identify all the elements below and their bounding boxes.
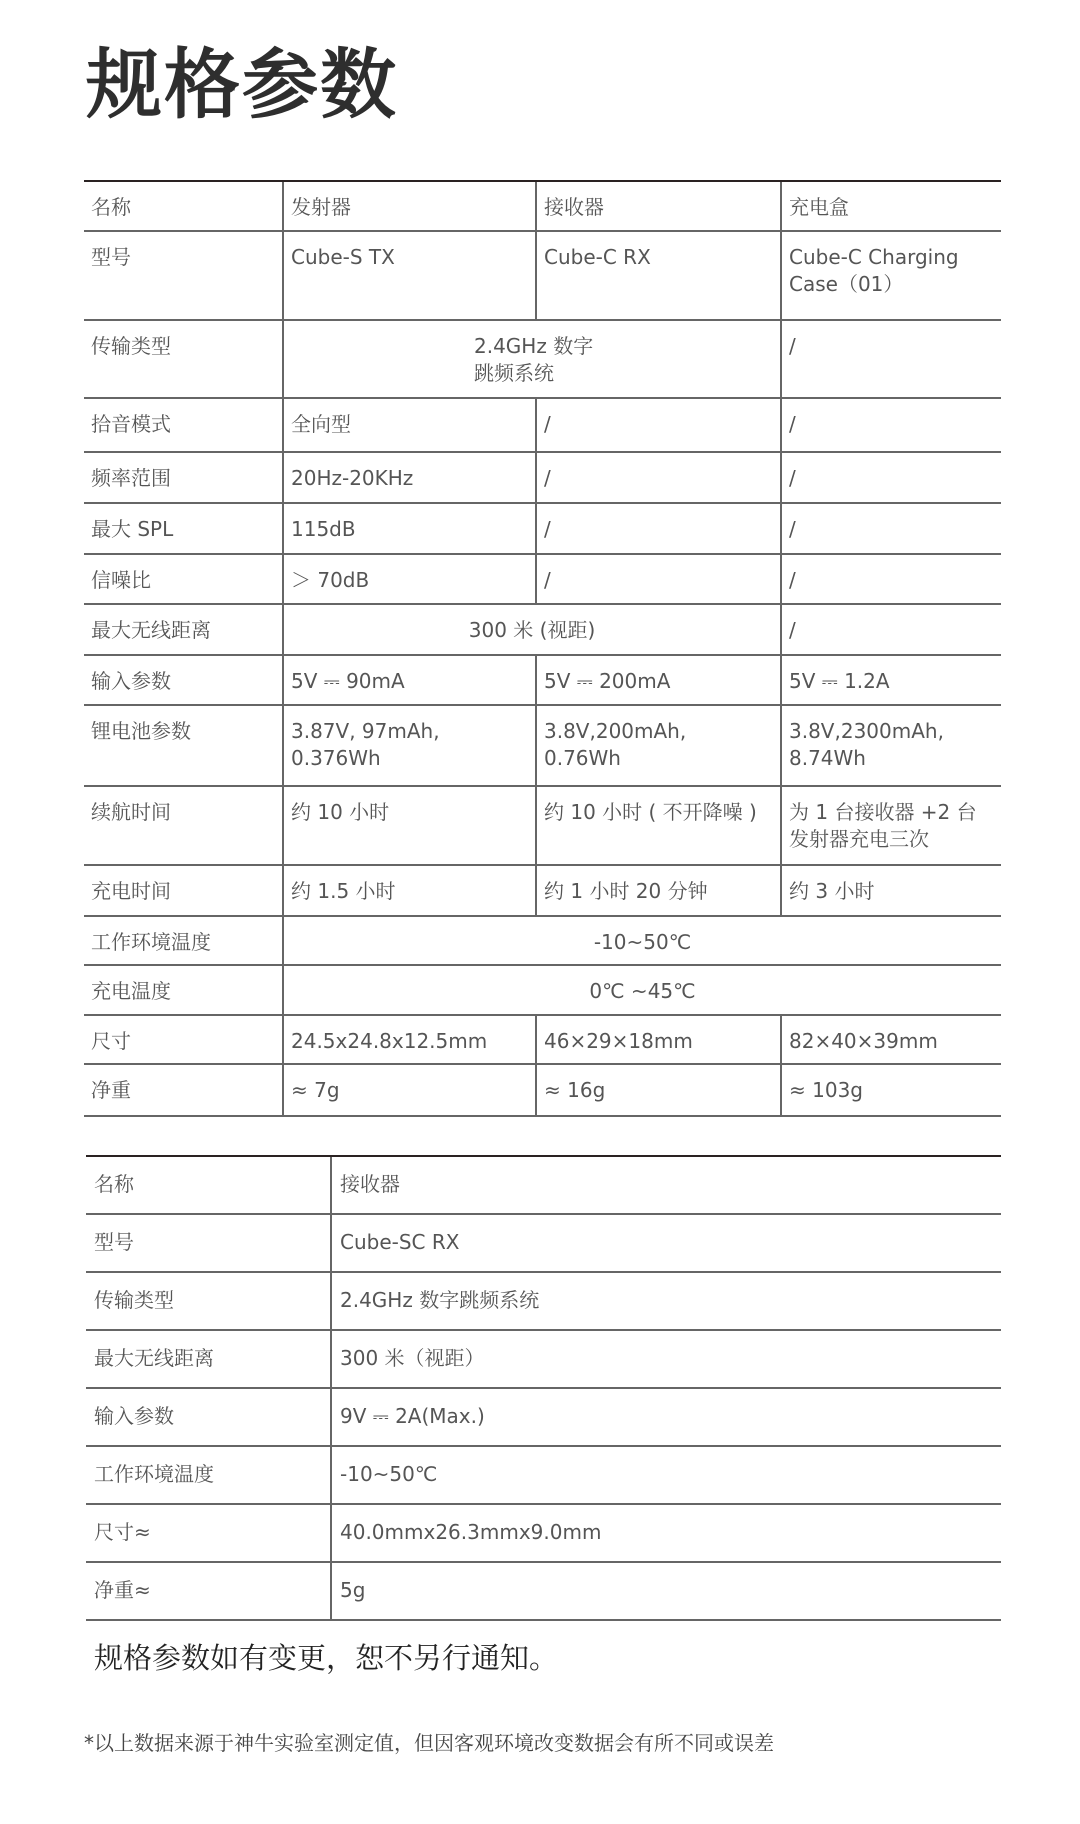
table-row: 工作环境温度-10~50℃ — [86, 1446, 1001, 1504]
cell-line: Case（01） — [789, 271, 994, 298]
table-row-weight: 净重 ≈ 7g ≈ 16g ≈ 103g — [84, 1064, 1001, 1116]
table-row-input: 输入参数 5V ⎓ 90mA 5V ⎓ 200mA 5V ⎓ 1.2A — [84, 655, 1001, 705]
table-row-pickup: 拾音模式 全向型 / / — [84, 398, 1001, 452]
cell-rx: 3.8V,200mAh,0.76Wh — [536, 705, 781, 786]
cell-tx: Cube-S TX — [283, 231, 536, 320]
table-row-size: 尺寸 24.5x24.8x12.5mm 46×29×18mm 82×40×39m… — [84, 1015, 1001, 1064]
header-charging-case: 充电盒 — [781, 181, 1001, 231]
row-label: 最大无线距离 — [86, 1330, 331, 1388]
row-label: 输入参数 — [84, 655, 283, 705]
row-label: 名称 — [86, 1156, 331, 1214]
cell-rx: / — [536, 503, 781, 554]
cell-tx: 约 10 小时 — [283, 786, 536, 865]
cell-rx: / — [536, 554, 781, 604]
table-row: 型号Cube-SC RX — [86, 1214, 1001, 1272]
row-label: 型号 — [84, 231, 283, 320]
row-value: 9V ⎓ 2A(Max.) — [331, 1388, 1001, 1446]
table-row-model: 型号 Cube-S TX Cube-C RX Cube-C ChargingCa… — [84, 231, 1001, 320]
row-value: Cube-SC RX — [331, 1214, 1001, 1272]
cell-all: -10~50℃ — [283, 916, 1001, 965]
cell-case: 3.8V,2300mAh,8.74Wh — [781, 705, 1001, 786]
row-label: 续航时间 — [84, 786, 283, 865]
cell-case: / — [781, 503, 1001, 554]
table-row-transmission: 传输类型 2.4GHz 数字跳频系统 / — [84, 320, 1001, 398]
cell-tx: 3.87V, 97mAh,0.376Wh — [283, 705, 536, 786]
cell-tx: 24.5x24.8x12.5mm — [283, 1015, 536, 1064]
table-row-spl: 最大 SPL 115dB / / — [84, 503, 1001, 554]
row-label: 充电时间 — [84, 865, 283, 916]
cell-tx: ＞ 70dB — [283, 554, 536, 604]
row-value: -10~50℃ — [331, 1446, 1001, 1504]
cell-line: 发射器充电三次 — [789, 826, 994, 853]
table-row: 传输类型2.4GHz 数字跳频系统 — [86, 1272, 1001, 1330]
row-value: 40.0mmx26.3mmx9.0mm — [331, 1504, 1001, 1562]
row-label: 传输类型 — [84, 320, 283, 398]
row-label: 净重 — [84, 1064, 283, 1116]
page-title: 规格参数 — [86, 40, 398, 130]
row-label: 信噪比 — [84, 554, 283, 604]
header-name: 名称 — [84, 181, 283, 231]
cell-case: / — [781, 554, 1001, 604]
cell-tx: 5V ⎓ 90mA — [283, 655, 536, 705]
table-row: 名称接收器 — [86, 1156, 1001, 1214]
header-transmitter: 发射器 — [283, 181, 536, 231]
cell-case: ≈ 103g — [781, 1064, 1001, 1116]
cell-all: 0℃ ~45℃ — [283, 965, 1001, 1015]
table-row-freq: 频率范围 20Hz-20KHz / / — [84, 452, 1001, 503]
cell-rx: Cube-C RX — [536, 231, 781, 320]
cell-case: 为 1 台接收器 +2 台发射器充电三次 — [781, 786, 1001, 865]
row-label: 频率范围 — [84, 452, 283, 503]
cell-case: / — [781, 320, 1001, 398]
row-label: 输入参数 — [86, 1388, 331, 1446]
spec-table-main: 名称 发射器 接收器 充电盒 型号 Cube-S TX Cube-C RX Cu… — [84, 180, 1001, 1117]
row-label: 拾音模式 — [84, 398, 283, 452]
row-label: 尺寸 — [84, 1015, 283, 1064]
change-notice: 规格参数如有变更，恕不另行通知。 — [94, 1636, 558, 1680]
cell-line: 3.8V,2300mAh, — [789, 718, 994, 745]
cell-line: 8.74Wh — [789, 745, 994, 772]
table-row: 输入参数9V ⎓ 2A(Max.) — [86, 1388, 1001, 1446]
row-label: 最大 SPL — [84, 503, 283, 554]
cell-tx: 115dB — [283, 503, 536, 554]
table-row-runtime: 续航时间 约 10 小时 约 10 小时 ( 不开降噪 ) 为 1 台接收器 +… — [84, 786, 1001, 865]
cell-rx: / — [536, 452, 781, 503]
cell-tx: 约 1.5 小时 — [283, 865, 536, 916]
table-row-op-temp: 工作环境温度 -10~50℃ — [84, 916, 1001, 965]
table-row-snr: 信噪比 ＞ 70dB / / — [84, 554, 1001, 604]
row-label: 工作环境温度 — [86, 1446, 331, 1504]
row-value: 5g — [331, 1562, 1001, 1620]
row-value: 接收器 — [331, 1156, 1001, 1214]
table-row-charge-time: 充电时间 约 1.5 小时 约 1 小时 20 分钟 约 3 小时 — [84, 865, 1001, 916]
table-row-range: 最大无线距离 300 米 (视距) / — [84, 604, 1001, 655]
cell-rx: ≈ 16g — [536, 1064, 781, 1116]
row-label: 锂电池参数 — [84, 705, 283, 786]
cell-rx: 约 10 小时 ( 不开降噪 ) — [536, 786, 781, 865]
table-row-battery: 锂电池参数 3.87V, 97mAh,0.376Wh 3.8V,200mAh,0… — [84, 705, 1001, 786]
table-row: 尺寸≈40.0mmx26.3mmx9.0mm — [86, 1504, 1001, 1562]
footnote: *以上数据来源于神牛实验室测定值，但因客观环境改变数据会有所不同或误差 — [84, 1728, 774, 1758]
cell-line: 0.76Wh — [544, 745, 773, 772]
cell-tx: 全向型 — [283, 398, 536, 452]
table-row: 最大无线距离300 米（视距） — [86, 1330, 1001, 1388]
row-label: 工作环境温度 — [84, 916, 283, 965]
table-row: 净重≈5g — [86, 1562, 1001, 1620]
cell-case: / — [781, 452, 1001, 503]
cell-line: 跳频系统 — [474, 360, 773, 387]
cell-line: Cube-C Charging — [789, 244, 994, 271]
cell-line: 3.8V,200mAh, — [544, 718, 773, 745]
cell-rx: / — [536, 398, 781, 452]
cell-line: 3.87V, 97mAh, — [291, 718, 528, 745]
cell-tx: 20Hz-20KHz — [283, 452, 536, 503]
cell-rx: 5V ⎓ 200mA — [536, 655, 781, 705]
row-label: 净重≈ — [86, 1562, 331, 1620]
row-label: 充电温度 — [84, 965, 283, 1015]
cell-case: / — [781, 398, 1001, 452]
cell-rx: 46×29×18mm — [536, 1015, 781, 1064]
row-label: 最大无线距离 — [84, 604, 283, 655]
header-receiver: 接收器 — [536, 181, 781, 231]
row-label: 传输类型 — [86, 1272, 331, 1330]
row-label: 尺寸≈ — [86, 1504, 331, 1562]
cell-line: 2.4GHz 数字 — [474, 333, 773, 360]
row-value: 300 米（视距） — [331, 1330, 1001, 1388]
cell-tx: ≈ 7g — [283, 1064, 536, 1116]
cell-line: 为 1 台接收器 +2 台 — [789, 799, 994, 826]
cell-txrx: 300 米 (视距) — [283, 604, 781, 655]
cell-line: 0.376Wh — [291, 745, 528, 772]
row-value: 2.4GHz 数字跳频系统 — [331, 1272, 1001, 1330]
cell-txrx: 2.4GHz 数字跳频系统 — [283, 320, 781, 398]
spec-table-receiver: 名称接收器 型号Cube-SC RX 传输类型2.4GHz 数字跳频系统 最大无… — [86, 1155, 1001, 1621]
cell-case: Cube-C ChargingCase（01） — [781, 231, 1001, 320]
row-label: 型号 — [86, 1214, 331, 1272]
cell-rx: 约 1 小时 20 分钟 — [536, 865, 781, 916]
cell-case: 5V ⎓ 1.2A — [781, 655, 1001, 705]
cell-case: 82×40×39mm — [781, 1015, 1001, 1064]
table-header-row: 名称 发射器 接收器 充电盒 — [84, 181, 1001, 231]
table-row-charge-temp: 充电温度 0℃ ~45℃ — [84, 965, 1001, 1015]
cell-case: 约 3 小时 — [781, 865, 1001, 916]
cell-case: / — [781, 604, 1001, 655]
